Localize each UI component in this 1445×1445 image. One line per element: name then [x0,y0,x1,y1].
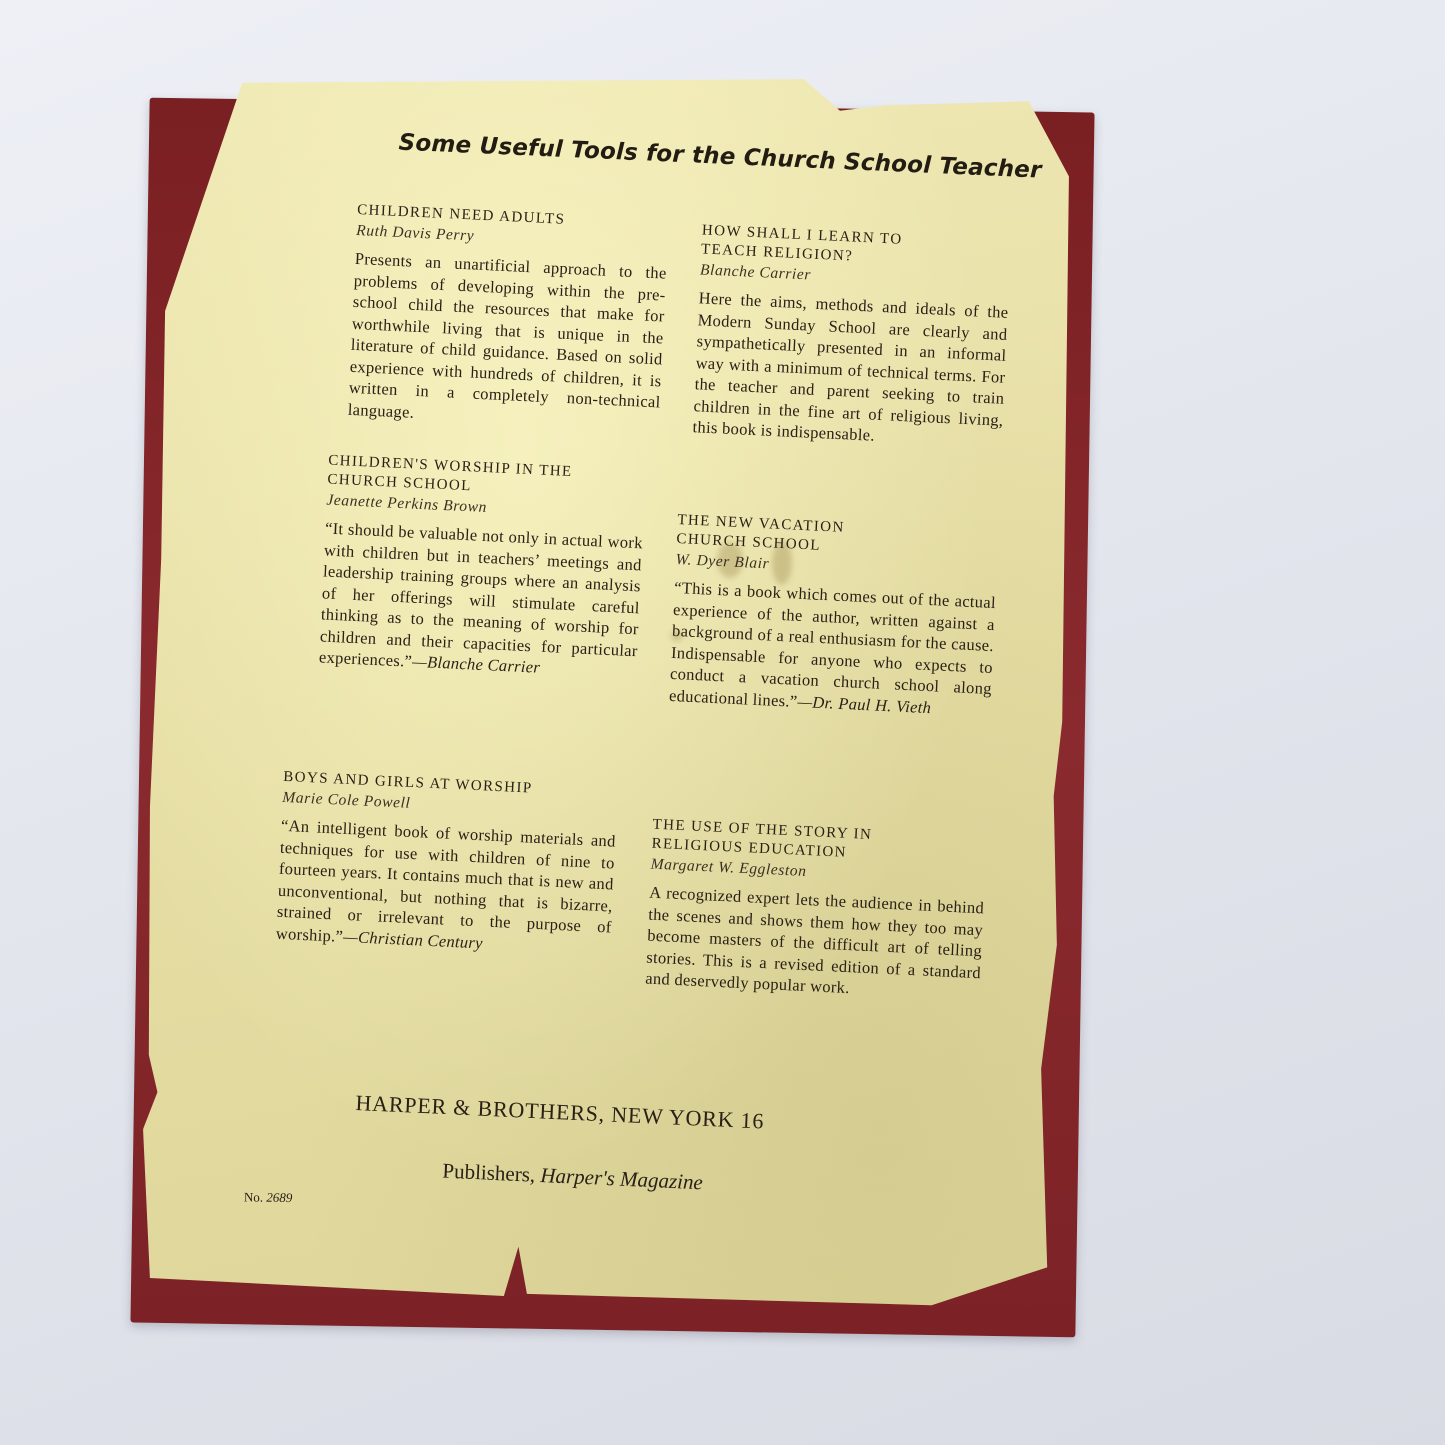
quote-attribution: —Dr. Paul H. Vieth [797,691,932,716]
book-quote: “It should be valuable not only in actua… [319,518,644,670]
book-description: A recognized expert lets the audience in… [645,882,985,1005]
book-quote: “This is a book which comes out of the a… [669,578,997,710]
jacket-content: Some Useful Tools for the Church School … [140,63,1079,1317]
jacket-heading: Some Useful Tools for the Church School … [398,130,1042,184]
publisher-subline: Publishers, Harper's Magazine [442,1159,703,1196]
quote-attribution: —Blanche Carrier [412,652,541,677]
publisher-line: HARPER & BROTHERS, NEW YORK 16 [355,1090,765,1135]
book-description: Presents an unartificial approach to the… [347,248,667,435]
book-description: “An intelligent book of worship material… [275,815,616,960]
book-entry: The Use of the Story in Religious Educat… [645,816,988,1005]
book-description: “It should be valuable not only in actua… [319,517,644,682]
publisher-prefix: Publishers, [442,1159,536,1187]
dust-jacket-back: Some Useful Tools for the Church School … [140,63,1079,1317]
catalog-prefix: No. [244,1189,263,1204]
quote-attribution: —Christian Century [343,926,483,952]
book-entry: Boys and Girls at Worship Marie Cole Pow… [275,768,618,960]
book-description: Here the aims, methods and ideals of the… [692,287,1009,452]
book-entry: The New Vacation Church School W. Dyer B… [669,511,1000,721]
book-entry: How Shall I Learn to Teach Religion? Bla… [692,221,1012,452]
book-entry: Children Need Adults Ruth Davis Perry Pr… [347,201,669,434]
catalog-number: No. 2689 [244,1189,293,1206]
book-quote: “An intelligent book of worship material… [276,816,617,946]
book-entry: Children's Worship in the Church School … [319,452,647,683]
catalog-value: 2689 [266,1190,292,1205]
magazine-name: Harper's Magazine [540,1163,703,1194]
book-description: “This is a book which comes out of the a… [669,577,997,721]
